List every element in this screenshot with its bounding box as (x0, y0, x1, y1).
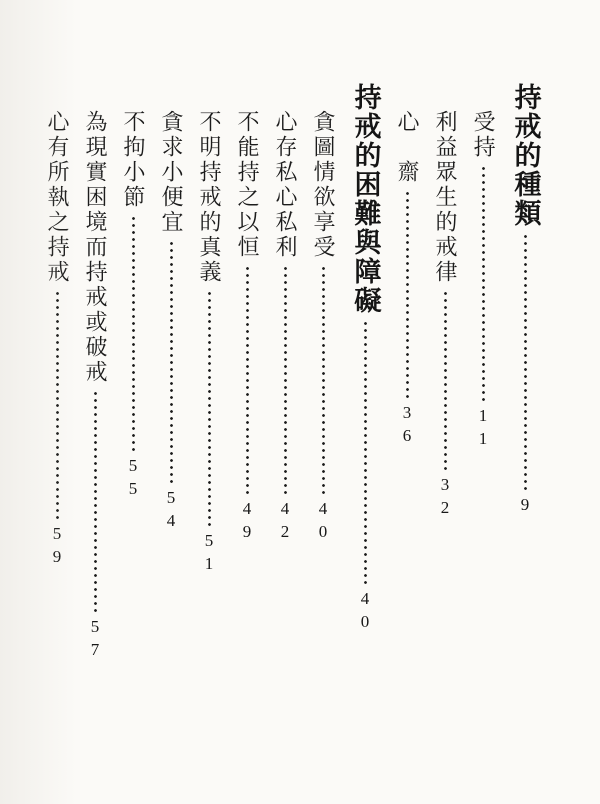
dotted-leader (169, 240, 174, 485)
toc-entry-title: 心 齋 (396, 110, 418, 185)
toc-entry-title: 受持 (472, 110, 494, 160)
toc-entry-title: 貪圖情欲享受 (312, 110, 334, 260)
toc-entry: 心有所執之持戒 59 (38, 83, 76, 784)
toc-entry: 持戒的困難與障礙 40 (342, 83, 388, 784)
toc-entry-page-number: 40 (357, 589, 374, 635)
toc-entry-title: 不明持戒的真義 (198, 110, 220, 285)
toc-entry-title: 心有所執之持戒 (46, 110, 68, 285)
toc-entry: 為現實困境而持戒或破戒 57 (76, 83, 114, 784)
dotted-leader (207, 290, 212, 528)
toc-entry-page-number: 36 (399, 403, 416, 449)
toc-entry-title: 利益眾生的戒律 (434, 110, 456, 285)
dotted-leader (321, 265, 326, 496)
toc-entry-title: 持戒的困難與障礙 (352, 83, 379, 315)
toc-entry-title: 心存私心私利 (274, 110, 296, 260)
toc-entry-page-number: 11 (475, 406, 492, 452)
toc-entry-page-number: 55 (125, 456, 142, 502)
toc-entry: 貪圖情欲享受 40 (304, 83, 342, 784)
toc-entry-page-number: 49 (239, 499, 256, 545)
toc-entry-page-number: 59 (49, 524, 66, 570)
toc-entry: 利益眾生的戒律 32 (426, 83, 464, 784)
dotted-leader (363, 320, 368, 586)
toc-entry-title: 不能持之以恒 (236, 110, 258, 260)
dotted-leader (443, 290, 448, 472)
dotted-leader (283, 265, 288, 496)
toc-entry-page-number: 40 (315, 499, 332, 545)
toc-entry-page-number: 32 (437, 475, 454, 521)
toc-entry-title: 貪求小便宜 (160, 110, 182, 235)
toc-entry: 受持 11 (464, 83, 502, 784)
toc-entry-title: 為現實困境而持戒或破戒 (84, 110, 106, 385)
dotted-leader (481, 165, 486, 403)
toc-entry: 不明持戒的真義 51 (190, 83, 228, 784)
toc-entry-page-number: 51 (201, 531, 218, 577)
toc-entry: 不能持之以恒 49 (228, 83, 266, 784)
toc-entry-page-number: 57 (87, 617, 104, 663)
toc-entry-page-number: 42 (277, 499, 294, 545)
toc-entry: 心 齋 36 (388, 83, 426, 784)
toc-entry: 不拘小節 55 (114, 83, 152, 784)
dotted-leader (523, 233, 528, 492)
document-page: 持戒的種類 9 受持 11 利益眾生的戒律 32 心 齋 36 持戒的困難與障礙… (0, 0, 600, 804)
dotted-leader (93, 390, 98, 614)
dotted-leader (245, 265, 250, 496)
toc-entry: 持戒的種類 9 (502, 83, 548, 784)
toc-entry-page-number: 9 (517, 495, 534, 518)
dotted-leader (131, 215, 136, 453)
toc-entry-title: 持戒的種類 (512, 83, 539, 228)
toc-entry-page-number: 54 (163, 488, 180, 534)
dotted-leader (55, 290, 60, 521)
toc-entry: 心存私心私利 42 (266, 83, 304, 784)
toc-entry-title: 不拘小節 (122, 110, 144, 210)
toc-list: 持戒的種類 9 受持 11 利益眾生的戒律 32 心 齋 36 持戒的困難與障礙… (38, 83, 548, 784)
dotted-leader (405, 190, 410, 400)
toc-entry: 貪求小便宜 54 (152, 83, 190, 784)
